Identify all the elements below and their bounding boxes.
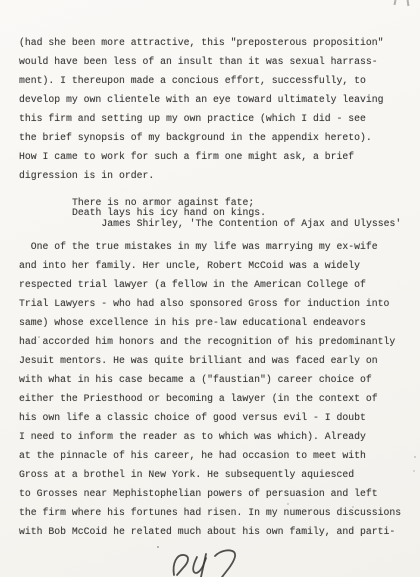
scan-speck bbox=[413, 470, 415, 472]
text-line: the brief synopsis of my background in t… bbox=[19, 128, 384, 147]
handwritten-page-number bbox=[168, 548, 248, 577]
scan-speck bbox=[287, 503, 289, 505]
text-line: would have been less of an insult than i… bbox=[19, 52, 384, 71]
text-line: same) whose excellence in his pre-law ed… bbox=[19, 313, 401, 332]
text-line: digression is in order. bbox=[19, 166, 384, 185]
text-line: and into her family. Her uncle, Robert M… bbox=[19, 256, 401, 275]
text-line: develop my own clientele with an eye tow… bbox=[19, 90, 384, 109]
text-line: ment). I thereupon made a concious effor… bbox=[19, 71, 384, 90]
scan-speck bbox=[414, 456, 416, 458]
text-line: at the pinnacle of his career, he had oc… bbox=[19, 446, 401, 465]
text-line: his own life a classic choice of good ve… bbox=[19, 408, 401, 427]
scan-artifact-mark bbox=[407, 0, 410, 6]
text-line: either the Priesthood or becoming a lawy… bbox=[19, 389, 401, 408]
text-line: How I came to work for such a firm one m… bbox=[19, 147, 384, 166]
scan-speck bbox=[38, 336, 40, 338]
paragraph-1: (had she been more attractive, this "pre… bbox=[19, 33, 384, 185]
scan-speck bbox=[157, 546, 159, 548]
text-line: had accorded him honors and the recognit… bbox=[19, 332, 401, 351]
text-line: One of the true mistakes in my life was … bbox=[19, 237, 401, 256]
text-line: to Grosses near Mephistophelian powers o… bbox=[19, 484, 401, 503]
text-line: Gross at a brothel in New York. He subse… bbox=[19, 465, 401, 484]
text-line: I need to inform the reader as to which … bbox=[19, 427, 401, 446]
scan-speck bbox=[352, 506, 354, 508]
verse-quote: There is no armor against fate; Death la… bbox=[72, 198, 401, 229]
scanned-page: (had she been more attractive, this "pre… bbox=[0, 0, 420, 577]
text-line: Trial Lawyers - who had also sponsored G… bbox=[19, 294, 401, 313]
text-line: this firm and setting up my own practice… bbox=[19, 109, 384, 128]
text-line: Jesuit mentors. He was quite brilliant a… bbox=[19, 351, 401, 370]
text-line: respected trial lawyer (a fellow in the … bbox=[19, 275, 401, 294]
scan-artifact-mark bbox=[394, 0, 397, 5]
text-line: with Bob McCoid he related much about hi… bbox=[19, 522, 401, 541]
text-line: the firm where his fortunes had risen. I… bbox=[19, 503, 401, 522]
paragraph-2: One of the true mistakes in my life was … bbox=[19, 237, 401, 541]
text-line: with what in his case became a ("faustia… bbox=[19, 370, 401, 389]
text-line: (had she been more attractive, this "pre… bbox=[19, 33, 384, 52]
quote-attribution: James Shirley, 'The Contention of Ajax a… bbox=[72, 219, 401, 229]
